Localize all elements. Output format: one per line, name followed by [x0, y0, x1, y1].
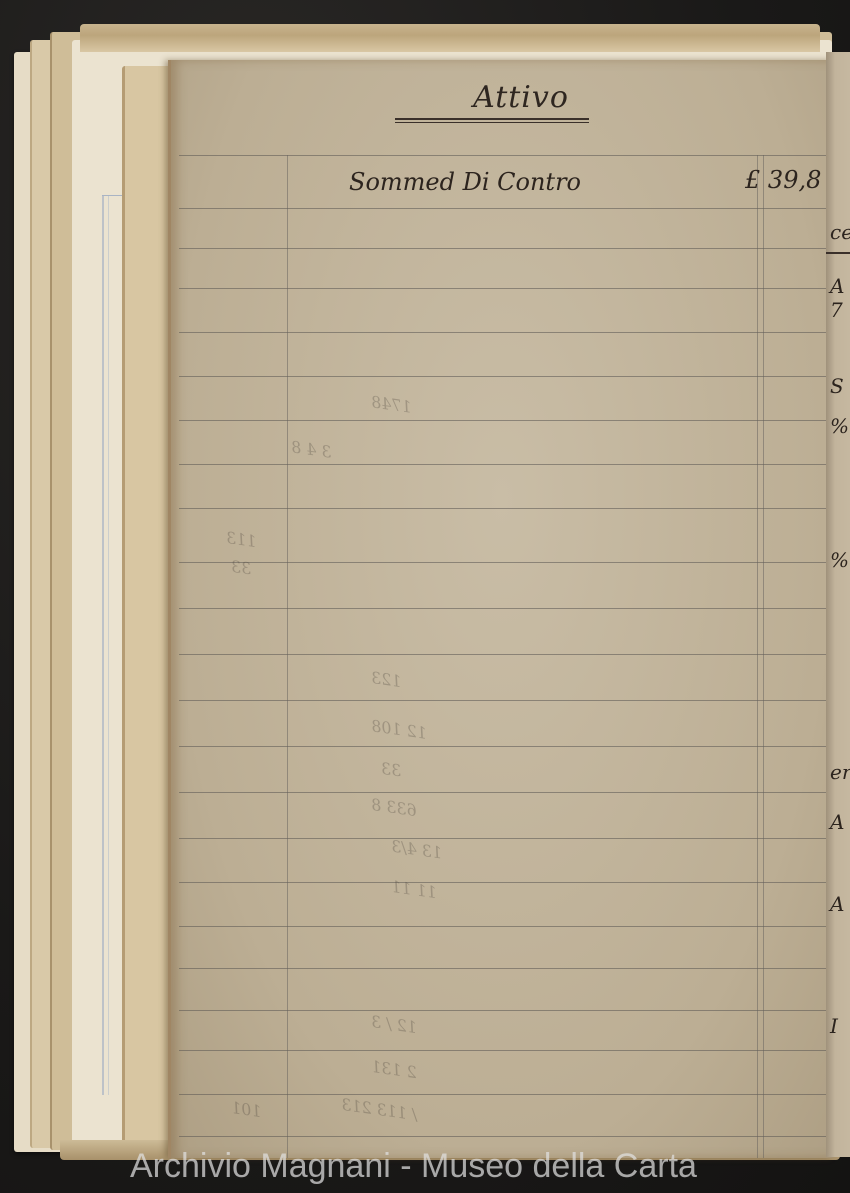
amount-value: 39,8 [768, 166, 821, 194]
adjacent-page-rule [826, 252, 850, 254]
bleed-through-text: 13 4/3 [390, 837, 443, 863]
adjacent-page-fragment: % [830, 414, 849, 438]
ruled-line [179, 508, 833, 509]
adjacent-page-fragment: er [830, 760, 850, 784]
ruled-line [179, 1010, 833, 1011]
bleed-through-text: 33 [380, 759, 403, 781]
adjacent-page-fragment: A [830, 892, 844, 916]
ruled-line [179, 654, 833, 655]
title-underline [395, 122, 589, 123]
blue-margin-rule [102, 195, 104, 1095]
bleed-through-text: 101 [230, 1098, 263, 1121]
ruled-line [179, 208, 833, 209]
bleed-through-text: 1748 [370, 392, 413, 416]
bleed-through-text: 11 11 [390, 877, 438, 902]
bleed-through-text: 12 108 [370, 716, 428, 743]
ruled-line [179, 746, 833, 747]
bleed-through-text: 3 4 8 [290, 437, 333, 461]
ruled-line [179, 420, 833, 421]
bleed-through-text: / 113 213 [340, 1095, 419, 1124]
page-title: Attivo [421, 80, 621, 115]
ruled-line [179, 838, 833, 839]
ruled-line [179, 248, 833, 249]
bleed-through-text: 633 8 [370, 795, 418, 820]
carried-forward-amount: £ 39,8 [745, 166, 821, 194]
bleed-through-text: 12 / 3 [370, 1012, 418, 1037]
ruled-line [179, 288, 833, 289]
blue-margin-rule [102, 195, 122, 196]
ruled-line [179, 1050, 833, 1051]
adjacent-page-fragment: A 7 [830, 274, 850, 322]
ruled-line [179, 562, 833, 563]
adjacent-page-edge: ce A 7 S % % er A A I [826, 52, 850, 1157]
bleed-through-text: 2 131 [370, 1057, 418, 1082]
column-rule [287, 155, 288, 1158]
blue-margin-rule [108, 195, 109, 1095]
ruled-line [179, 608, 833, 609]
adjacent-page-fragment: A [830, 810, 844, 834]
ruled-line [179, 700, 833, 701]
ruled-line [179, 1094, 833, 1095]
adjacent-page-fragment: S [830, 374, 844, 398]
bleed-through-text: 123 [370, 668, 403, 691]
archive-watermark: Archivio Magnani - Museo della Carta [130, 1147, 850, 1186]
column-rule [763, 155, 764, 1158]
ruled-line [179, 376, 833, 377]
bleed-through-text: 113 [225, 528, 258, 551]
ruled-line [179, 968, 833, 969]
ruled-line [179, 464, 833, 465]
adjacent-page-fragment: % [830, 548, 849, 572]
carried-forward-label: Sommed Di Contro [349, 168, 581, 196]
ruled-line [179, 332, 833, 333]
ruled-line [179, 1136, 833, 1137]
ledger-page: Attivo Sommed Di Contro £ 39,8 1748 3 4 … [168, 60, 833, 1158]
ruled-line [179, 926, 833, 927]
ruled-line [179, 882, 833, 883]
column-rule [757, 155, 758, 1158]
title-underline [395, 118, 589, 120]
book-top-edge [80, 24, 820, 52]
bleed-through-text: 33 [230, 557, 253, 579]
ruled-line [179, 792, 833, 793]
adjacent-page-fragment: ce [830, 220, 850, 244]
currency-symbol: £ [745, 166, 760, 194]
ruled-line [179, 155, 833, 156]
adjacent-page-fragment: I [830, 1014, 838, 1038]
